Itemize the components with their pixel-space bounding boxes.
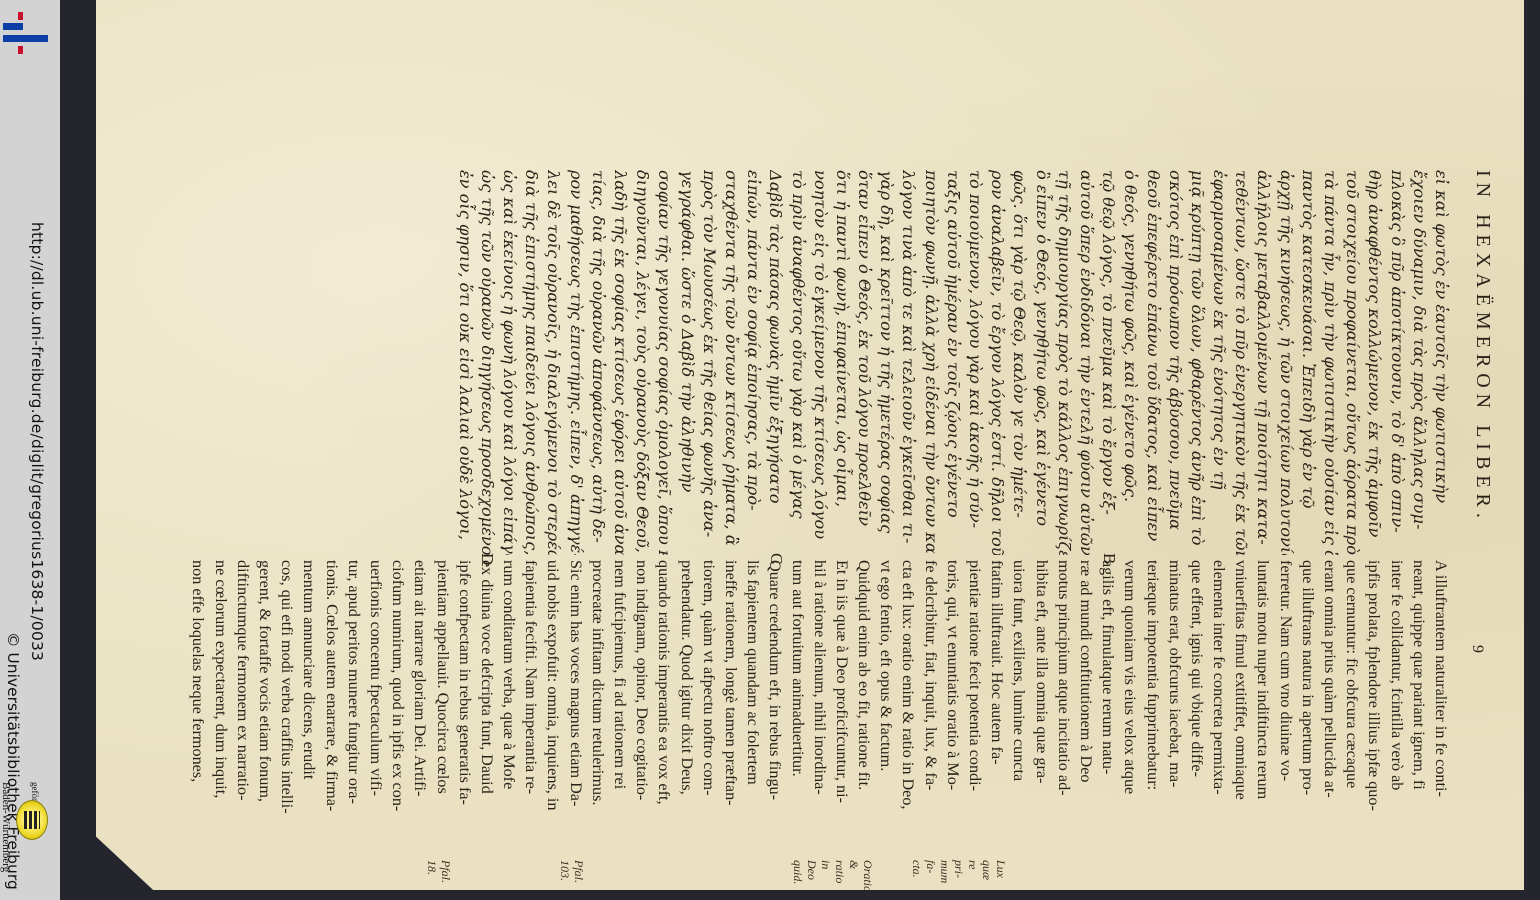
latin-line: etiam ait narrare gloriam Dei. Artifi- xyxy=(409,560,431,900)
latin-line: mentum annunciare dicens, erudit xyxy=(298,560,320,900)
greek-line: τὸ ποιούμενον, λόγου γὰρ καὶ ἀκοῆς ἡ σύν… xyxy=(964,170,986,555)
page-body: IN HEXAËMERON LIBER. 9 εἰ καὶ φωτὸς ἐν ἑ… xyxy=(96,0,1524,890)
latin-line: cta eft lux: oratio enim & ratio in Deo, xyxy=(897,560,919,900)
latin-line: nem fufcipiemus, fi ad rationem rei xyxy=(609,560,631,900)
latin-line: vniuerfitas fimul extitiffet, omniaque xyxy=(1230,560,1252,900)
viewer-sidebar: http://dl.ub.uni-freiburg.de/diglit/greg… xyxy=(0,0,60,900)
greek-line: λει δὲ τοῖς οὐρανοῖς, ἡ διαλεγόμενοι τὸ … xyxy=(542,170,564,555)
latin-line: quando rationis imperantis ea vox eft, xyxy=(653,560,675,900)
greek-line: σκότος ἐπὶ πρόσωπον τῆς ἀβύσσου, πνεῦμα xyxy=(1164,170,1186,555)
greek-line: τεθέντων, ὥστε τὸ πῦρ ἐνεργητικὸν τῆς ἐκ… xyxy=(1230,170,1252,555)
latin-line: A illuftrantem naturaliter in fe conti- xyxy=(1430,560,1452,900)
greek-line: τῇ τῆς δημιουργίας πρὸς τὸ κάλλος ἐπιγνω… xyxy=(1053,170,1075,555)
latin-line: erant omnia prius quàm pellucida at- xyxy=(1319,560,1341,900)
latin-line: Sic enim has voces magnus etiam Da- xyxy=(565,560,587,900)
latin-line: toris, qui, vt enuntiatis oratio à Mo- xyxy=(942,560,964,900)
latin-line: pientiæ ratione fecit potentia condi- xyxy=(964,560,986,900)
greek-column: εἰ καὶ φωτὸς ἐν ἑαυτοῖς τὴν φωτιστικὴνἔχ… xyxy=(454,170,1452,555)
latin-line: vt ego fentio, eft opus & factum. xyxy=(875,560,897,900)
latin-line: hil à ratione alienum, nihil inordina- xyxy=(809,560,831,900)
latin-line: que illuftrans natura in apertum pro- xyxy=(1297,560,1319,900)
latin-line: uerfionis concentu fpectaculum vifi- xyxy=(365,560,387,900)
latin-line: ipfe confpectam in rebus generatis fa- xyxy=(454,560,476,900)
section-letter: D xyxy=(477,553,497,565)
greek-line: τίας, διὰ τῆς οὐρανῶν ἀποφάνσεως, αὐτὴ δ… xyxy=(587,170,609,555)
greek-line: ρον μαθήσεως τὴς ἐπιστήμης. εἶπεν, δ' ἀπ… xyxy=(565,170,587,555)
scanned-page: IN HEXAËMERON LIBER. 9 εἰ καὶ φωτὸς ἐν ἑ… xyxy=(96,0,1524,890)
latin-line: elementa inter fe concreta permixta- xyxy=(1208,560,1230,900)
latin-line: ineffe rationem, longè tamen præftan- xyxy=(720,560,742,900)
latin-line: rum conditarum verba, quæ à Mofe xyxy=(498,560,520,900)
greek-line: εἰπών, πάντα ἐν σοφίᾳ ἐποίησας, τὰ πρὸ- xyxy=(742,170,764,555)
latin-line: ex diuina voce defcripta funt, Dauid xyxy=(476,560,498,900)
latin-line: tum aut fortuitum animaduertitur. xyxy=(786,560,808,900)
greek-line: σοφίαν τῆς γεγονυίας σοφίας ὁμολογεῖ, ὅπ… xyxy=(653,170,675,555)
section-letter: B xyxy=(1099,553,1119,564)
latin-line: Quidquid enim ab eo fit, ratione fit. xyxy=(853,560,875,900)
greek-line: Δαβὶδ τὰς πάσας φωνὰς ἡμῖν ἐξηγήσατο xyxy=(764,170,786,555)
greek-line: ὡς καὶ ἐκείνοις ἡ φωνὴ λόγου καὶ λόγοι ε… xyxy=(498,170,520,555)
greek-line: φῶς. ὅτι γὰρ τῷ Θεῷ, καλὸν γε τὸν ἡμέτε- xyxy=(1008,170,1030,555)
latin-column: A illuftrantem naturaliter in fe conti-n… xyxy=(187,560,1452,900)
margin-note: Pfal. 18. xyxy=(425,860,453,890)
greek-line: ἀρχῇ τῆς κινήσεως, ἡ τῶν στοιχείων πολυτ… xyxy=(1275,170,1297,555)
latin-line: uid nobis expofuit: omnia, inquiens, in xyxy=(542,560,564,900)
latin-line: tionis. Cœlos autem enarrare, & firma- xyxy=(320,560,342,900)
latin-line: inter fe collidantur, fcintilla verò ab xyxy=(1385,560,1407,900)
page-content-rotated: IN HEXAËMERON LIBER. 9 εἰ καὶ φωτὸς ἐν ἑ… xyxy=(96,0,1524,890)
greek-line: πρὸς τὸν Μωυσέως ἐκ τῆς θείας φωνῆς ἀνα- xyxy=(698,170,720,555)
greek-line: ὅτι ἡ παντὶ φωνὴ, ἐπιφαίνεται, ὡς οἶμαι, xyxy=(831,170,853,555)
section-letter: C xyxy=(766,553,786,564)
greek-line: ρον ἀναλαβεῖν, τὸ ἔργον λόγος ἐστί. δῆλο… xyxy=(986,170,1008,555)
latin-line: non effe loquelas neque fermones, xyxy=(187,560,209,900)
greek-line: λαδὴ τῆς ἐκ σοφίας κτίσεως ἐφόρει αὐτοῦ … xyxy=(609,170,631,555)
greek-line: τοῦ στοιχείου προφαίνεται, οὕτως ἀόρατα … xyxy=(1341,170,1363,555)
greek-line: διὰ τῆς ἐπιστήμης παιδεύει λόγοις ἀνθρώπ… xyxy=(520,170,542,555)
greek-line: αὐτοῦ ὅπερ ἐνδιδόναι τὴν ἐντελῆ φύσιν αὐ… xyxy=(1075,170,1097,555)
latin-line: ne cœlorum expectarent, dum inquit, xyxy=(210,560,232,900)
latin-line: que effent, ignis qui vbique diffe- xyxy=(1186,560,1208,900)
margin-note: Pfal. 103. xyxy=(558,860,586,890)
latin-line: ræ ad mundi conftitutionem à Deo xyxy=(1075,560,1097,900)
page-number: 9 xyxy=(1468,645,1486,653)
greek-line: ὃ εἶπεν ὁ Θεός, γενηθήτω φῶς, καὶ ἐγένετ… xyxy=(1030,170,1052,555)
latin-line: motus principium atque incitatio ad- xyxy=(1053,560,1075,900)
greek-line: τὸ πρὶν ἀναφθέντος οὕτω γὰρ καὶ ὁ μέγας xyxy=(786,170,808,555)
greek-line: ἐν οἷς φησιν, ὅτι οὐκ εἰσὶ λαλιαὶ οὐδὲ λ… xyxy=(454,170,476,555)
greek-line: σταχθέντα τῆς τῶν ὄντων κτίσεως ῥήματα, … xyxy=(720,170,742,555)
greek-line: τὰ πάντα ἦν, πρὶν τὴν φωτιστικὴν οὐσίαν … xyxy=(1319,170,1341,555)
latin-line: Quare credendum eft, in rebus fingu- xyxy=(764,560,786,900)
greek-line: ταξις αὐτοῦ ἡμέραν ἐν τοῖς ζῴοις ἐγένετο xyxy=(942,170,964,555)
latin-line: ferretur. Nam cum vno diuinæ vo- xyxy=(1275,560,1297,900)
greek-line: ποιητὸν φωνῇ. ἀλλὰ χρὴ εἰδέναι τὴν ὄντων… xyxy=(920,170,942,555)
greek-line: μιᾷ κρύπτῃ τῶν ὅλων, φθαρέντος ἀνῆρ ἐπὶ … xyxy=(1186,170,1208,555)
latin-line: prehendatur. Quod igitur dixit Deus, xyxy=(675,560,697,900)
latin-line: hibita eft, ante illa omnia quæ gra- xyxy=(1030,560,1052,900)
latin-line: pientiam appellauit. Quocirca cœlos xyxy=(431,560,453,900)
funder-name: Baden-Württemberg xyxy=(0,782,12,872)
latin-line: minatus erat, obfcurus iacebat, ma- xyxy=(1164,560,1186,900)
latin-line: fapientia fecifti. Nam imperantia re- xyxy=(520,560,542,900)
greek-line: ἀλλήλοις μεταβαλλομένων τῇ ποιότητι κατα… xyxy=(1252,170,1274,555)
latin-line: lis fapientem quandam ac folertem xyxy=(742,560,764,900)
margin-note: Lux quæ re pri-mum fa-cta. xyxy=(910,860,1008,890)
latin-line: neant, quippe quæ pariant ignem, fi xyxy=(1408,560,1430,900)
latin-line: luntatis motu nuper indiftincta rerum xyxy=(1252,560,1274,900)
greek-line: λόγον τινὰ ἀπὸ τε καὶ τελειοῦν ἐγκεῖσθαι… xyxy=(897,170,919,555)
latin-line: ftatim illuftrauit. Hoc autem fa- xyxy=(986,560,1008,900)
greek-line: πλοκὰς ὃ πῦρ ἀποτίκτουσιν, τὸ δ' ἀπὸ σπι… xyxy=(1385,170,1407,555)
greek-line: τῷ θεῷ λόγος, τὸ πνεῦμα καὶ τὸ ἔργον ἐξ- xyxy=(1097,170,1119,555)
margin-note: Oratio & ratio in Deo quid. xyxy=(791,860,875,890)
latin-line: ipfis prolata, fplendore illius ipfæ quo… xyxy=(1363,560,1385,900)
greek-line: γὰρ δὴ, καὶ κρεῖττον ἡ τῆς ἡμετέρας σοφί… xyxy=(875,170,897,555)
greek-line: ὅταν εἶπεν ὁ Θεός, ἐκ τοῦ λόγου προελθεῖ… xyxy=(853,170,875,555)
greek-line: διηγοῦνται, λέγει, τοὺς οὐρανοὺς δόξαν Θ… xyxy=(631,170,653,555)
greek-line: ὁ θεός, γενηθήτω φῶς, καὶ ἐγένετο φῶς. xyxy=(1119,170,1141,555)
running-head: IN HEXAËMERON LIBER. xyxy=(1471,170,1494,524)
greek-line: νοητὸν εἰς τὸ ἐγκείμενον τῆς κτίσεως λόγ… xyxy=(809,170,831,555)
greek-line: εἰ καὶ φωτὸς ἐν ἑαυτοῖς τὴν φωτιστικὴν xyxy=(1430,170,1452,555)
greek-line: γεγράφθαι. ὥστε ὁ Δαβὶδ τὴν ἀληθινὴν xyxy=(675,170,697,555)
greek-line: παντὸς κατεσκευάσαι. Ἐπειδὴ γὰρ ἐν τῷ xyxy=(1297,170,1319,555)
latin-line: procreatæ infitam dictum retulerimus. xyxy=(587,560,609,900)
latin-line: tur, apud peritos munere fungitur ora- xyxy=(343,560,365,900)
latin-line: gerent, & fortaffe vocis etiam fonum, xyxy=(254,560,276,900)
latin-line: verum quoniam vis eius velox atque xyxy=(1119,560,1141,900)
latin-line: que cernuntur: fic obfcura cæcaque xyxy=(1341,560,1363,900)
latin-line: agilis eft, fimulatque rerum natu- xyxy=(1097,560,1119,900)
latin-line: fe delcribitur, fiat, inquit, lux, & fa- xyxy=(920,560,942,900)
ub-freiburg-logo-icon[interactable] xyxy=(3,12,53,56)
latin-line: teriæque impotentia fupprimebatur: xyxy=(1141,560,1163,900)
latin-line: diftinctumque fermonem ex narratio- xyxy=(232,560,254,900)
greek-line: ἔχοιεν δύναμιν, διὰ τὰς πρὸς ἄλληλας συμ… xyxy=(1408,170,1430,555)
greek-line: ἐφαρμοσαμένων ἐκ τῆς ἐνότητος ἐν τῇ xyxy=(1208,170,1230,555)
latin-line: non indignam, opinor, Deo cogitatio- xyxy=(631,560,653,900)
greek-line: ὡς τῆς τῶν οὐρανῶν διηγήσεως προσδεχομέν… xyxy=(476,170,498,555)
latin-line: Et in iis quæ à Deo proficifcuntur, ni- xyxy=(831,560,853,900)
latin-line: cos, qui etfi modi verba craffius intell… xyxy=(276,560,298,900)
baden-wuerttemberg-seal-icon xyxy=(16,800,48,840)
latin-line: ciofum numirum, quod in ipfis ex con- xyxy=(387,560,409,900)
latin-line: tiorem, quàm vt afpectu noftro com- xyxy=(698,560,720,900)
permalink-url[interactable]: http://dl.ub.uni-freiburg.de/diglit/greg… xyxy=(28,222,46,661)
greek-line: θὴρ ἀναφθέντος κολλώμενον, ἐκ τῆς ἀμφοῖν xyxy=(1363,170,1385,555)
latin-line: uiora funt, exiliens, lumine cuncta xyxy=(1008,560,1030,900)
greek-line: θεοῦ ἐπεφέρετο ἐπάνω τοῦ ὕδατος, καὶ εἶπ… xyxy=(1141,170,1163,555)
